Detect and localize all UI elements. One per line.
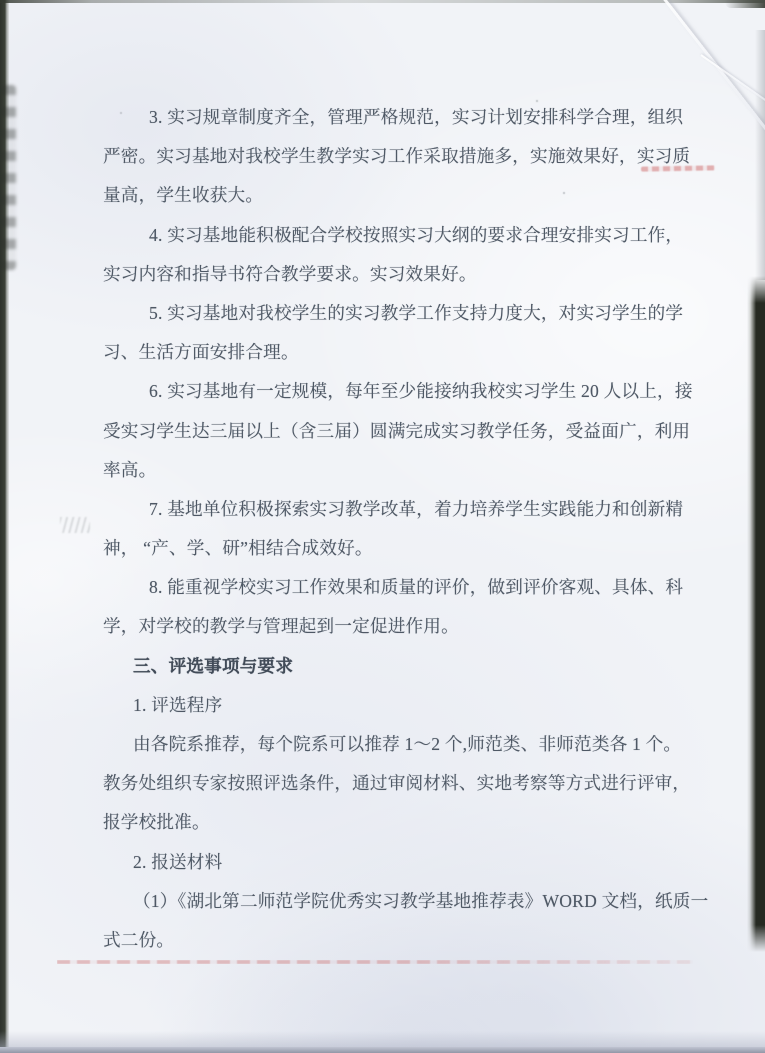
scan-edge-right	[747, 276, 765, 952]
scan-edge-top	[0, 0, 765, 3]
text-line: 量高，学生收获大。	[103, 176, 703, 215]
scan-smudge-left-edge	[1, 85, 16, 270]
text-line: 1. 评选程序	[103, 686, 703, 725]
pencil-smudge	[60, 517, 90, 533]
text-line: 受实习学生达三届以上（含三届）圆满完成实习教学任务，受益面广，利用	[103, 412, 703, 451]
text-line: 实习内容和指导书符合教学要求。实习效果好。	[103, 255, 703, 294]
text-line: 由各院系推荐，每个院系可以推荐 1～2 个,师范类、非师范类各 1 个。	[103, 725, 703, 764]
text-line: 2. 报送材料	[103, 843, 703, 882]
text-line: 5. 实习基地对我校学生的实习教学工作支持力度大，对实习学生的学	[103, 294, 703, 333]
scan-edge-bottom	[0, 1047, 765, 1053]
text-line: 率高。	[103, 451, 703, 490]
text-line: 7. 基地单位积极探索实习教学改革，着力培养学生实践能力和创新精	[103, 490, 703, 529]
text-line: 学，对学校的教学与管理起到一定促进作用。	[103, 607, 703, 646]
text-line: 6. 实习基地有一定规模，每年至少能接纳我校实习学生 20 人以上，接	[103, 372, 703, 411]
text-line: 3. 实习规章制度齐全，管理严格规范，实习计划安排科学合理，组织	[103, 98, 703, 137]
text-line: 8. 能重视学校实习工作效果和质量的评价，做到评价客观、具体、科	[103, 568, 703, 607]
text-line: 教务处组织专家按照评选条件，通过审阅材料、实地考察等方式进行评审，	[103, 764, 703, 803]
text-line: 式二份。	[103, 921, 703, 960]
text-line: 习、生活方面安排合理。	[103, 333, 703, 372]
scan-edge-bottom-shade	[0, 1031, 765, 1047]
scan-dust-specks	[0, 0, 2, 2]
red-ink-bleed-line	[57, 960, 693, 964]
scan-edge-right-shade	[755, 30, 765, 280]
document-text: 3. 实习规章制度齐全，管理严格规范，实习计划安排科学合理，组织严密。实习基地对…	[103, 98, 703, 960]
text-line: 严密。实习基地对我校学生教学实习工作采取措施多，实施效果好，实习质	[103, 137, 703, 176]
scanned-page: 3. 实习规章制度齐全，管理严格规范，实习计划安排科学合理，组织严密。实习基地对…	[0, 0, 765, 1053]
text-line: 4. 实习基地能积极配合学校按照实习大纲的要求合理安排实习工作，	[103, 216, 703, 255]
text-line: （1）《湖北第二师范学院优秀实习教学基地推荐表》WORD 文档，纸质一	[103, 882, 703, 921]
text-line: 三、评选事项与要求	[103, 647, 703, 686]
scan-corner-top-right	[725, 0, 765, 8]
text-line: 报学校批准。	[103, 803, 703, 842]
text-line: 神， “产、学、研”相结合成效好。	[103, 529, 703, 568]
